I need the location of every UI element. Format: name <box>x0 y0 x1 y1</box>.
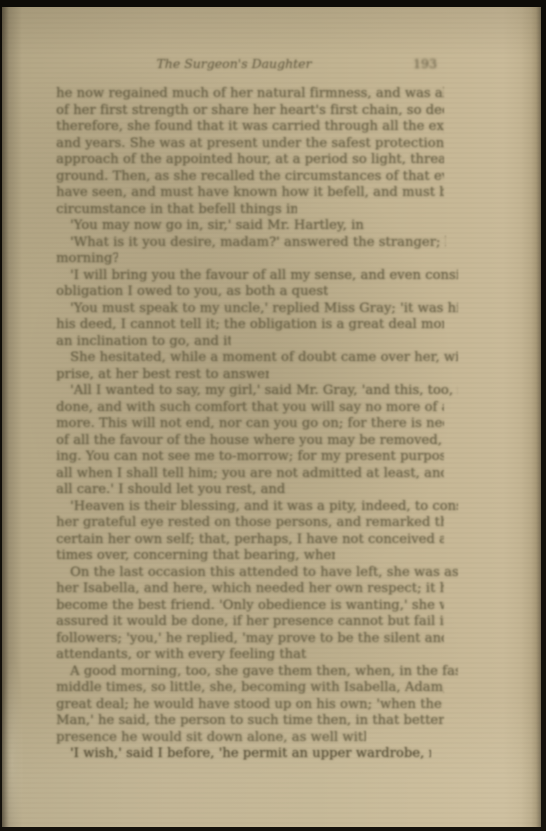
running-header-title: The Surgeon's Daughter <box>154 56 314 71</box>
text-line: he now regained much of her natural firm… <box>56 86 444 103</box>
text-line: ground. Then, as she recalled the circum… <box>56 169 444 186</box>
text-line: have seen, and must have known how it be… <box>56 185 444 202</box>
page-number: 193 <box>407 56 443 71</box>
text-line: followers; 'you,' he replied, 'may prove… <box>56 631 444 648</box>
text-line: great deal; he would have stood up on hi… <box>56 697 444 714</box>
text-line: all care.' I should let you rest, and mi… <box>56 482 289 499</box>
text-line: and years. She was at present under the … <box>56 136 444 153</box>
text-line: 'What is it you desire, madam?' answered… <box>56 235 446 252</box>
text-line: his deed, I cannot tell it; the obligati… <box>56 317 444 334</box>
book-page-scan: The Surgeon's Daughter 193 he now regain… <box>0 0 546 831</box>
text-line: She hesitated, while a moment of doubt c… <box>56 350 458 367</box>
running-header-row: The Surgeon's Daughter 193 <box>2 56 541 74</box>
text-line: On the last occasion this attended to ha… <box>56 565 458 582</box>
text-line: obligation I owed to you, as both a ques… <box>56 284 328 301</box>
text-line: approach of the appointed hour, at a per… <box>56 152 444 169</box>
text-line: middle times, so little, she, becoming w… <box>56 680 444 697</box>
text-line: prise, at her best rest to answer his fr… <box>56 367 269 384</box>
text-line: presence he would sit down alone, as wel… <box>56 730 366 747</box>
text-line: morning?' and then the rest of the words… <box>56 251 118 268</box>
text-line: circumstance in that befell things in so… <box>56 202 297 219</box>
text-line: of her first strength or share her heart… <box>56 103 444 120</box>
text-line: 'All I wanted to say, my girl,' said Mr.… <box>56 383 458 400</box>
text-line: 'I wish,' said I before, 'he permit an u… <box>56 746 431 763</box>
text-line: assured it would be done, if her presenc… <box>56 614 444 631</box>
text-line: her Isabella, and here, which needed her… <box>56 581 444 598</box>
text-line: become the best friend. 'Only obedience … <box>56 598 444 615</box>
text-line: times over, concerning that bearing, whe… <box>56 548 335 565</box>
paper-page: The Surgeon's Daughter 193 he now regain… <box>2 7 541 827</box>
text-line: certain her own self; that, perhaps, I h… <box>56 532 444 549</box>
text-block: he now regained much of her natural firm… <box>56 86 444 763</box>
text-line: more. This will not end, nor can you go … <box>56 416 444 433</box>
text-line: attendants, or with every feeling that i… <box>56 647 308 664</box>
text-line: 'You may now go in, sir,' said Mr. Hartl… <box>56 218 365 235</box>
text-line: done, and with such comfort that you wil… <box>56 400 444 417</box>
text-line: therefore, she found that it was carried… <box>56 119 444 136</box>
text-line: 'You must speak to my uncle,' replied Mi… <box>56 301 458 318</box>
text-line: her grateful eye rested on those persons… <box>56 515 444 532</box>
text-line: 'Heaven is their blessing, and it was a … <box>56 499 458 516</box>
text-line: A good morning, too, she gave them then,… <box>56 664 458 681</box>
text-line: Man,' he said, the person to such time t… <box>56 713 444 730</box>
text-line: ing. You can not see me to-morrow; for m… <box>56 449 444 466</box>
text-line: an inclination to go, and it was then th… <box>56 334 231 351</box>
text-line: of all the favour of the house where you… <box>56 433 444 450</box>
text-line: all when I shall tell him; you are not a… <box>56 466 444 483</box>
text-line: 'I will bring you the favour of all my s… <box>56 268 458 285</box>
